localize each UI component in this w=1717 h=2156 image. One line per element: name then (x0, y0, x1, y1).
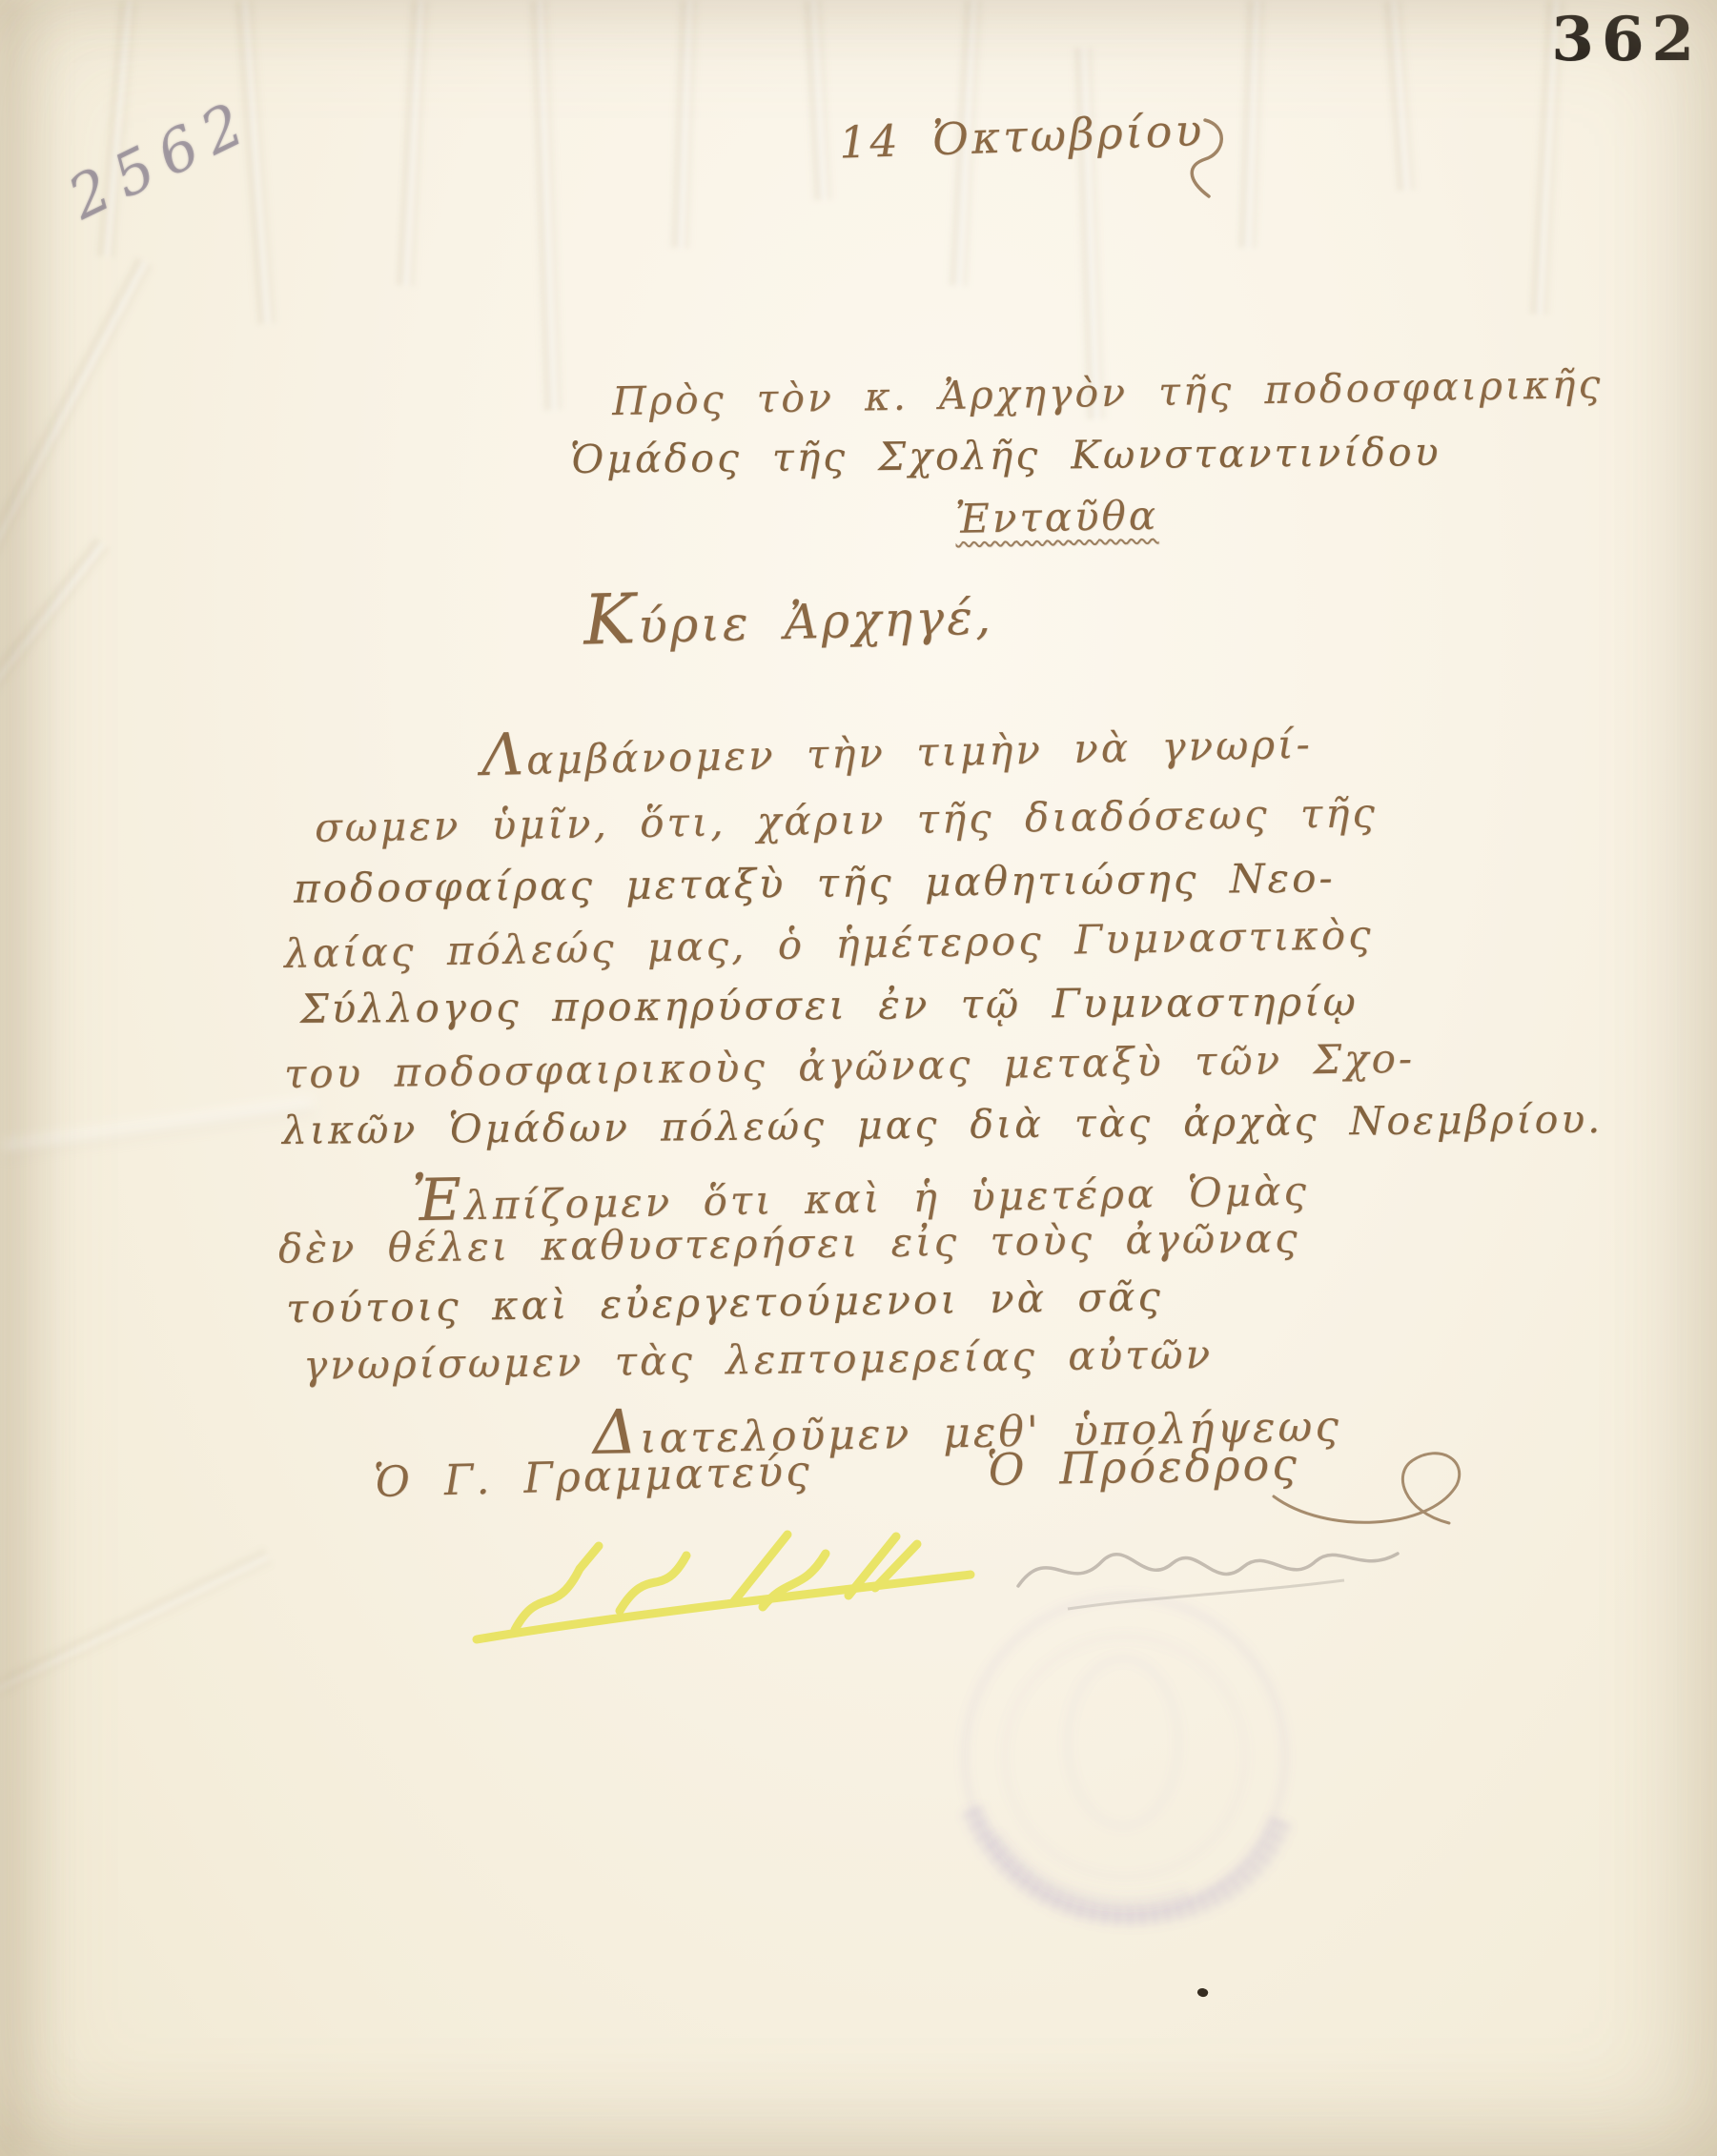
paper-crease (0, 536, 112, 904)
president-signature-title: Ὁ Πρόεδρος (987, 1438, 1300, 1495)
body-line: τούτοις καὶ εὐεργετούμενοι νὰ σᾶς (286, 1273, 1164, 1332)
paper-crease (527, 0, 566, 410)
paper-crease (0, 1093, 315, 1160)
paper-crease (801, 0, 836, 201)
paper-crease (0, 1545, 274, 1705)
round-ink-stamp (906, 1552, 1344, 1990)
paper-crease (667, 0, 701, 248)
recipient-line-2: Ὁμάδος τῆς Σχολῆς Κωνσταντινίδου (570, 429, 1441, 482)
body-line: γνωρίσωμεν τὰς λεπτομερείας αὐτῶν (303, 1331, 1214, 1389)
pencil-archive-number: 2562 (57, 85, 264, 234)
salutation: Κύριε Ἀρχηγέ, (583, 570, 994, 661)
scanned-letter-page: 362 2562 14 Ὀκτωβρίου Πρὸς τὸν κ. Ἀρχηγὸ… (0, 0, 1717, 2156)
paper-crease (0, 0, 67, 2156)
recipient-line-1: Πρὸς τὸν κ. Ἀρχηγὸν τῆς ποδοσφαιρικῆς (612, 361, 1604, 424)
recipient-line-3-entautha: Ἐνταῦθα (955, 492, 1159, 542)
body-line: δὲν θέλει καθυστερήσει εἰς τοὺς ἀγῶνας (278, 1214, 1300, 1271)
body-line: του ποδοσφαιρικοὺς ἀγῶνας μεταξὺ τῶν Σχο… (284, 1035, 1416, 1098)
body-line: Σύλλογος προκηρύσσει ἐν τῷ Γυμναστηρίῳ (300, 978, 1359, 1032)
body-line: σωμεν ὑμῖν, ὅτι, χάριν τῆς διαδόσεως τῆς (315, 789, 1378, 851)
ink-speck (1196, 1986, 1210, 1999)
body-line: Λαμβάνομεν τὴν τιμὴν νὰ γνωρί- (480, 704, 1313, 789)
body-line: ποδοσφαίρας μεταξὺ τῆς μαθητιώσης Νεο- (294, 854, 1336, 911)
paper-crease (393, 0, 433, 286)
body-line: λαίας πόλεώς μας, ὁ ἡμέτερος Γυμναστικὸς (284, 911, 1374, 977)
paper-crease (0, 255, 155, 620)
paper-crease (1071, 48, 1109, 420)
paper-crease (232, 0, 279, 324)
secretary-signature-title: Ὁ Γ. Γραμματεύς (373, 1447, 812, 1507)
yellow-crayon-mark (448, 1495, 1001, 1676)
letter-date: 14 Ὀκτωβρίου (838, 104, 1205, 168)
paper-crease (1235, 0, 1268, 248)
paper-crease (1380, 0, 1419, 192)
president-pencil-signature (1011, 1502, 1421, 1636)
body-line: λικῶν Ὁμάδων πόλεώς μας διὰ τὰς ἀρχὰς Νο… (282, 1096, 1604, 1153)
folio-page-number: 362 (1551, 4, 1702, 75)
